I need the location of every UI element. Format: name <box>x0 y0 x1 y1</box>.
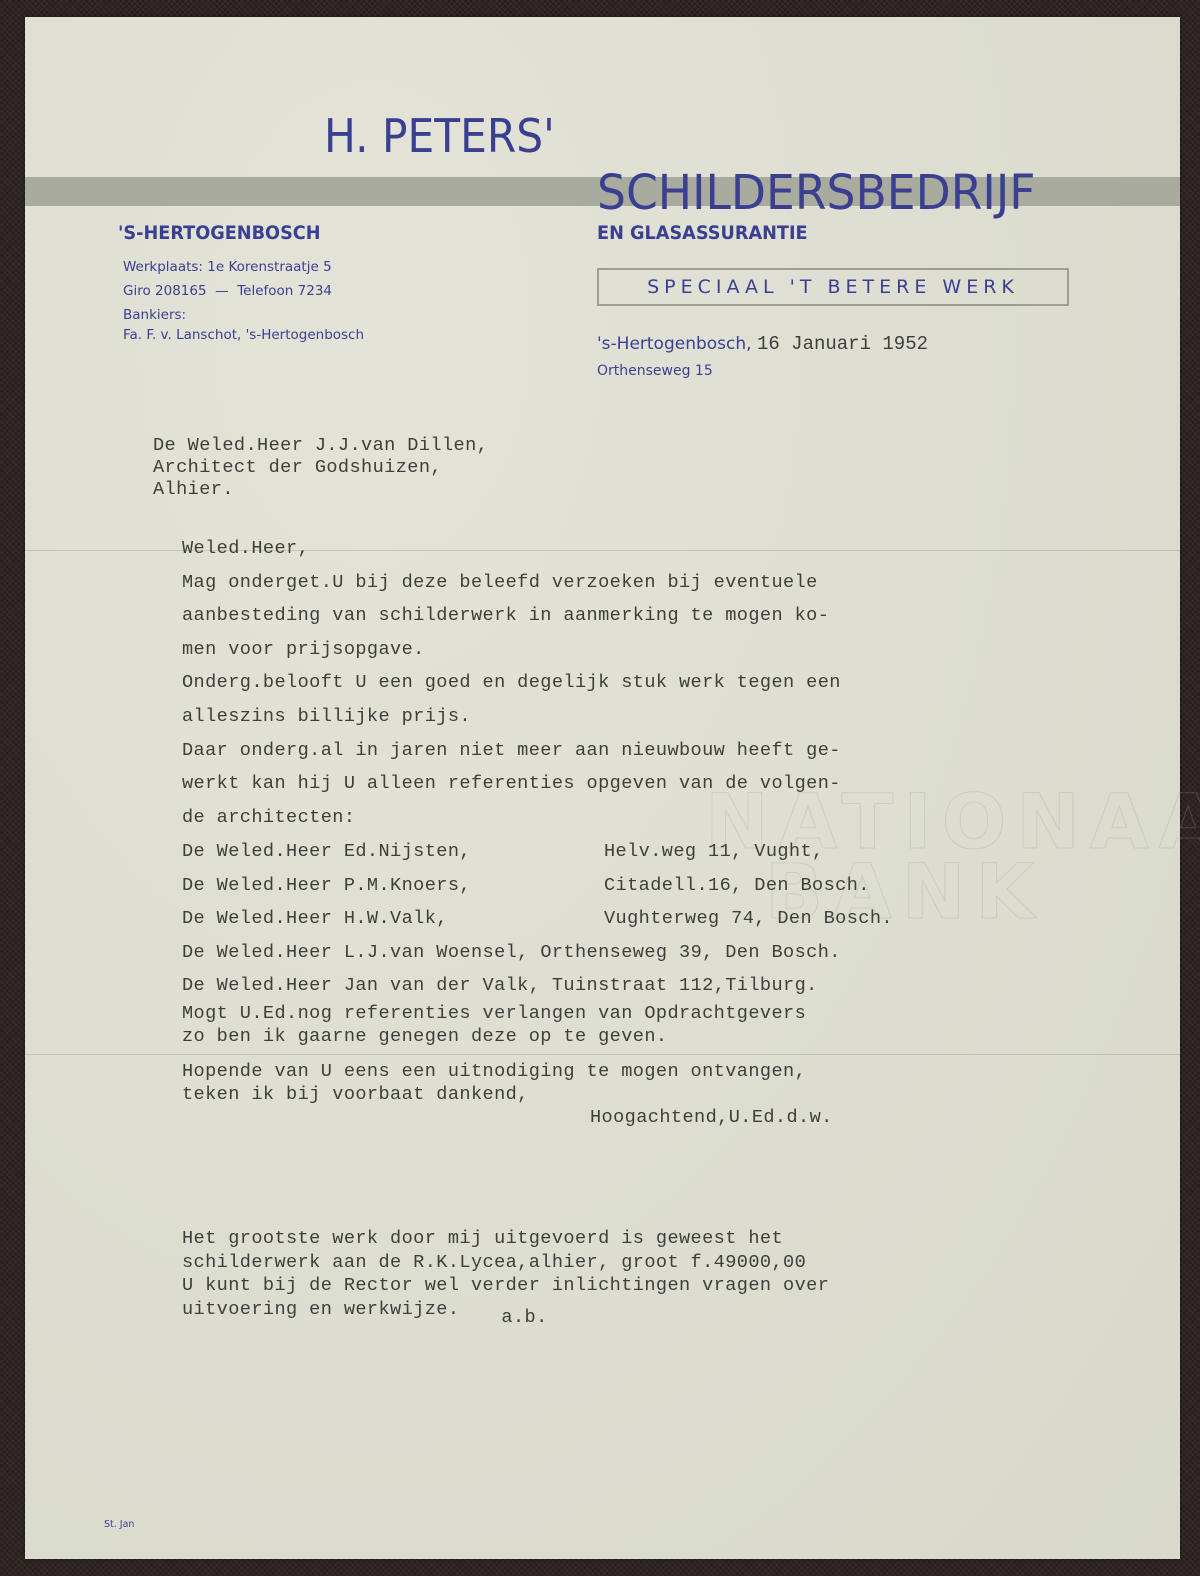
body-line: alleszins billijke prijs. <box>182 700 841 734</box>
slogan: SPECIAAL 'T BETERE WERK <box>647 276 1019 298</box>
bankers: Fa. F. v. Lanschot, 's-Hertogenbosch <box>123 327 364 343</box>
company-subtitle: EN GLASASSURANTIE <box>597 222 808 244</box>
date-line: 's-Hertogenbosch, 16 Januari 1952 <box>597 333 928 355</box>
closing-block: Mogt U.Ed.nog referenties verlangen van … <box>182 1002 833 1129</box>
date-place: 's-Hertogenbosch, <box>597 334 752 354</box>
bankers-label: Bankiers: <box>123 307 186 323</box>
company-name: SCHILDERSBEDRIJF <box>597 165 1035 221</box>
body-line: werkt kan hij U alleen referenties opgev… <box>182 767 841 801</box>
closing-line: Mogt U.Ed.nog referenties verlangen van … <box>182 1002 833 1025</box>
postscript-line: uitvoering en werkwijze.a.b. <box>182 1298 829 1322</box>
giro-phone: Giro 208165 — Telefoon 7234 <box>123 283 332 299</box>
body-line: men voor prijsopgave. <box>182 633 841 667</box>
signoff: Hoogachtend,U.Ed.d.w. <box>182 1106 833 1129</box>
postscript-line: U kunt bij de Rector wel verder inlichti… <box>182 1274 829 1298</box>
body-line: de architecten: <box>182 801 841 835</box>
workshop-address: Werkplaats: 1e Korenstraatje 5 <box>123 259 332 275</box>
closing-line: zo ben ik gaarne genegen deze op te geve… <box>182 1025 833 1048</box>
reference-row: De Weled.Heer H.W.Valk,Vughterweg 74, De… <box>182 902 893 936</box>
recipient-line: Alhier. <box>153 479 488 501</box>
recipient-line: De Weled.Heer J.J.van Dillen, <box>153 435 488 457</box>
closing-line: Hopende van U eens een uitnodiging te mo… <box>182 1060 833 1083</box>
slogan-box: SPECIAAL 'T BETERE WERK <box>597 268 1069 306</box>
references-list: De Weled.Heer Ed.Nijsten,Helv.weg 11, Vu… <box>182 835 893 1003</box>
owner-name: H. PETERS' <box>324 109 555 163</box>
letter-body: Weled.Heer, Mag onderget.U bij deze bele… <box>182 532 841 834</box>
letterhead-city: 'S-HERTOGENBOSCH <box>118 222 321 244</box>
body-line: Onderg.belooft U een goed en degelijk st… <box>182 666 841 700</box>
body-line: Mag onderget.U bij deze beleefd verzoeke… <box>182 566 841 600</box>
body-line: Daar onderg.al in jaren niet meer aan ni… <box>182 734 841 768</box>
salutation: Weled.Heer, <box>182 532 841 566</box>
letter-date: 16 Januari 1952 <box>757 333 928 355</box>
postscript-line: schilderwerk aan de R.K.Lycea,alhier, gr… <box>182 1251 829 1275</box>
postscript-line: Het grootste werk door mij uitgevoerd is… <box>182 1227 829 1251</box>
printer-mark: St. Jan <box>104 1519 134 1530</box>
body-line: aanbesteding van schilderwerk in aanmerk… <box>182 599 841 633</box>
reference-row: De Weled.Heer L.J.van Woensel, Orthensew… <box>182 936 893 970</box>
closing-line: teken ik bij voorbaat dankend, <box>182 1083 833 1106</box>
letter-page: NATIONAAL BANK H. PETERS' SCHILDERSBEDRI… <box>25 17 1180 1559</box>
reference-row: De Weled.Heer Ed.Nijsten,Helv.weg 11, Vu… <box>182 835 893 869</box>
reference-row: De Weled.Heer P.M.Knoers,Citadell.16, De… <box>182 869 893 903</box>
recipient-block: De Weled.Heer J.J.van Dillen, Architect … <box>153 435 488 501</box>
typist-initials: a.b. <box>459 1307 547 1328</box>
recipient-line: Architect der Godshuizen, <box>153 457 488 479</box>
reference-row: De Weled.Heer Jan van der Valk, Tuinstra… <box>182 969 893 1003</box>
postscript-block: Het grootste werk door mij uitgevoerd is… <box>182 1227 829 1321</box>
street-address: Orthenseweg 15 <box>597 363 713 379</box>
